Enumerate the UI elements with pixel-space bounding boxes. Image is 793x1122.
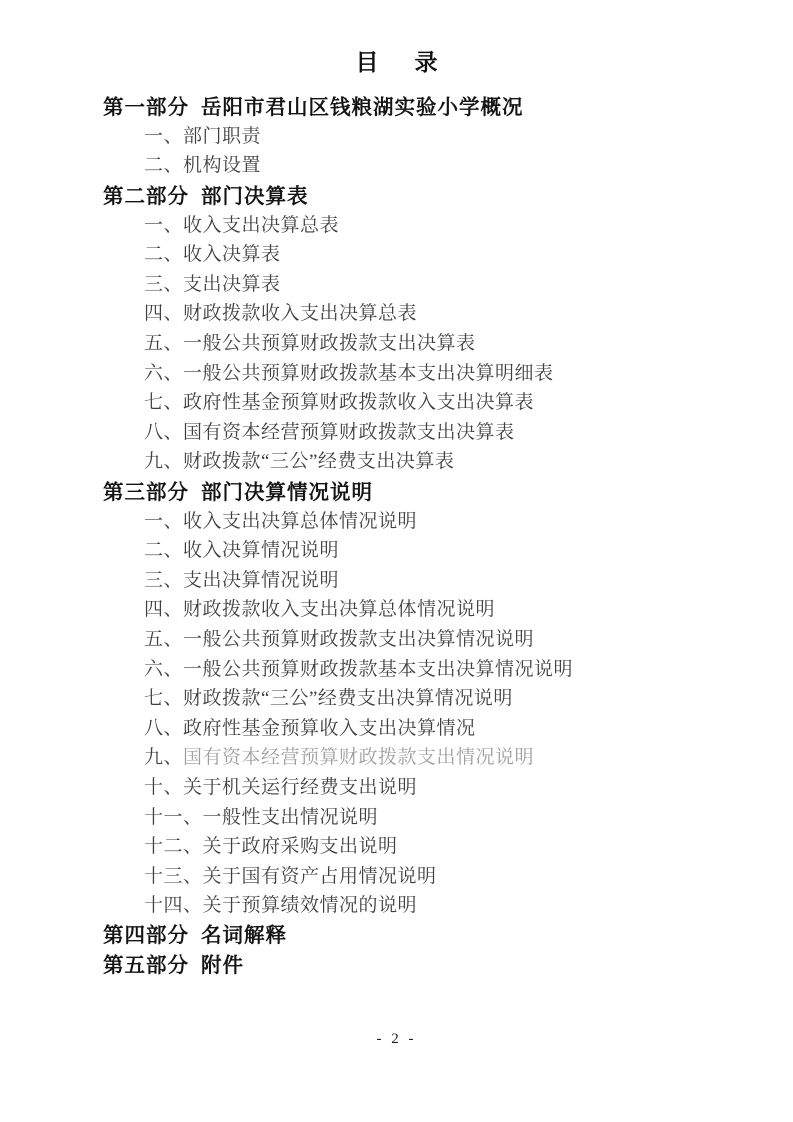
toc-part-label: 第一部分	[103, 90, 189, 120]
toc-part-name: 名词解释	[201, 918, 287, 948]
toc-part-label: 第三部分	[103, 475, 189, 505]
toc-part-name: 部门决算情况说明	[201, 475, 373, 505]
toc-item: 一、收入支出决算总表	[103, 208, 753, 238]
page-title: 目 录	[0, 48, 793, 78]
toc-part-name: 附件	[201, 948, 244, 978]
toc-item-prefix: 五、	[144, 624, 183, 651]
toc-item-prefix: 六、	[144, 654, 183, 681]
toc-item-prefix: 五、	[144, 328, 183, 355]
toc-section-header-3: 第三部分部门决算情况说明	[103, 475, 753, 505]
toc-item-prefix: 二、	[144, 150, 183, 177]
toc-item-text: 国有资本经营预算财政拨款支出情况说明	[183, 742, 534, 769]
toc-item-prefix: 九、	[144, 446, 183, 473]
toc-item-text: 部门职责	[183, 121, 261, 148]
toc-item-text: 一般公共预算财政拨款基本支出决算明细表	[183, 358, 554, 385]
toc-item: 一、收入支出决算总体情况说明	[103, 504, 753, 534]
document-page: 目 录 第一部分岳阳市君山区钱粮湖实验小学概况一、部门职责二、机构设置第二部分部…	[0, 0, 793, 1122]
toc-item-prefix: 三、	[144, 565, 183, 592]
toc-item-prefix: 一、	[144, 121, 183, 148]
toc-item-prefix: 四、	[144, 594, 183, 621]
toc-item: 八、政府性基金预算收入支出决算情况	[103, 711, 753, 741]
toc-item: 二、收入决算表	[103, 238, 753, 268]
toc-item: 四、财政拨款收入支出决算总体情况说明	[103, 593, 753, 623]
toc-item-text: 财政拨款“三公”经费支出决算情况说明	[183, 683, 513, 710]
toc-item-text: 一般性支出情况说明	[203, 802, 379, 829]
page-title-char-left: 目	[356, 48, 379, 78]
toc-part-name: 岳阳市君山区钱粮湖实验小学概况	[201, 90, 524, 120]
toc-item-text: 支出决算情况说明	[183, 565, 339, 592]
toc-item-text: 收入决算情况说明	[183, 535, 339, 562]
toc-item-prefix: 一、	[144, 210, 183, 237]
toc-item-prefix: 二、	[144, 535, 183, 562]
toc-item-text: 政府性基金预算财政拨款收入支出决算表	[183, 387, 534, 414]
toc-part-label: 第二部分	[103, 179, 189, 209]
toc-item-prefix: 十四、	[144, 890, 203, 917]
page-number: - 2 -	[0, 1031, 793, 1048]
toc-item-text: 一般公共预算财政拨款支出决算情况说明	[183, 624, 534, 651]
toc-part-label: 第五部分	[103, 948, 189, 978]
toc-item-text: 财政拨款收入支出决算总体情况说明	[183, 594, 495, 621]
toc-item: 五、一般公共预算财政拨款支出决算表	[103, 327, 753, 357]
toc-section-header-2: 第二部分部门决算表	[103, 179, 753, 209]
toc-item: 十二、关于政府采购支出说明	[103, 830, 753, 860]
toc-item-prefix: 八、	[144, 713, 183, 740]
toc-item: 十一、一般性支出情况说明	[103, 800, 753, 830]
toc-item-prefix: 十三、	[144, 861, 203, 888]
page-title-char-right: 录	[415, 48, 438, 78]
toc-item-prefix: 七、	[144, 387, 183, 414]
toc-item-text: 收入决算表	[183, 239, 281, 266]
toc-section-header-4: 第四部分名词解释	[103, 919, 753, 949]
toc-item-prefix: 三、	[144, 269, 183, 296]
toc-item-text: 财政拨款“三公”经费支出决算表	[183, 446, 454, 473]
toc-item-text: 关于预算绩效情况的说明	[203, 890, 418, 917]
toc-item: 三、支出决算情况说明	[103, 564, 753, 594]
toc-item: 七、财政拨款“三公”经费支出决算情况说明	[103, 682, 753, 712]
toc-item: 十四、关于预算绩效情况的说明	[103, 889, 753, 919]
toc-item: 二、机构设置	[103, 149, 753, 179]
toc-item: 五、一般公共预算财政拨款支出决算情况说明	[103, 623, 753, 653]
toc-item-prefix: 八、	[144, 417, 183, 444]
toc-item-text: 政府性基金预算收入支出决算情况	[183, 713, 476, 740]
toc-item-prefix: 十二、	[144, 831, 203, 858]
toc-item: 十、关于机关运行经费支出说明	[103, 771, 753, 801]
toc-item: 十三、关于国有资产占用情况说明	[103, 859, 753, 889]
toc-item-text: 支出决算表	[183, 269, 281, 296]
toc-item-text: 国有资本经营预算财政拨款支出决算表	[183, 417, 515, 444]
toc-item: 四、财政拨款收入支出决算总表	[103, 297, 753, 327]
toc-item-text: 关于国有资产占用情况说明	[203, 861, 437, 888]
toc-item: 六、一般公共预算财政拨款基本支出决算明细表	[103, 356, 753, 386]
toc-item: 三、支出决算表	[103, 268, 753, 298]
toc-item: 八、国有资本经营预算财政拨款支出决算表	[103, 416, 753, 446]
toc-item-text: 关于政府采购支出说明	[203, 831, 398, 858]
toc-item-text: 一般公共预算财政拨款支出决算表	[183, 328, 476, 355]
toc-item-text: 收入支出决算总表	[183, 210, 339, 237]
toc-item: 七、政府性基金预算财政拨款收入支出决算表	[103, 386, 753, 416]
toc-item-text: 机构设置	[183, 150, 261, 177]
toc-item-text: 收入支出决算总体情况说明	[183, 506, 417, 533]
toc-item-prefix: 二、	[144, 239, 183, 266]
toc-item-text: 财政拨款收入支出决算总表	[183, 298, 417, 325]
toc-item: 二、收入决算情况说明	[103, 534, 753, 564]
toc-item: 一、部门职责	[103, 120, 753, 150]
toc-item-prefix: 九、	[144, 742, 183, 769]
toc-item-prefix: 十、	[144, 772, 183, 799]
toc-item-prefix: 七、	[144, 683, 183, 710]
toc-part-name: 部门决算表	[201, 179, 309, 209]
toc-part-label: 第四部分	[103, 918, 189, 948]
toc-item-prefix: 一、	[144, 506, 183, 533]
toc-item: 六、一般公共预算财政拨款基本支出决算情况说明	[103, 652, 753, 682]
toc-section-header-1: 第一部分岳阳市君山区钱粮湖实验小学概况	[103, 90, 753, 120]
toc-item-prefix: 六、	[144, 358, 183, 385]
toc-item: 九、国有资本经营预算财政拨款支出情况说明	[103, 741, 753, 771]
toc-item-prefix: 四、	[144, 298, 183, 325]
table-of-contents: 第一部分岳阳市君山区钱粮湖实验小学概况一、部门职责二、机构设置第二部分部门决算表…	[103, 90, 753, 978]
toc-item-text: 关于机关运行经费支出说明	[183, 772, 417, 799]
toc-item: 九、财政拨款“三公”经费支出决算表	[103, 445, 753, 475]
toc-item-text: 一般公共预算财政拨款基本支出决算情况说明	[183, 654, 573, 681]
toc-section-header-5: 第五部分附件	[103, 948, 753, 978]
toc-item-prefix: 十一、	[144, 802, 203, 829]
